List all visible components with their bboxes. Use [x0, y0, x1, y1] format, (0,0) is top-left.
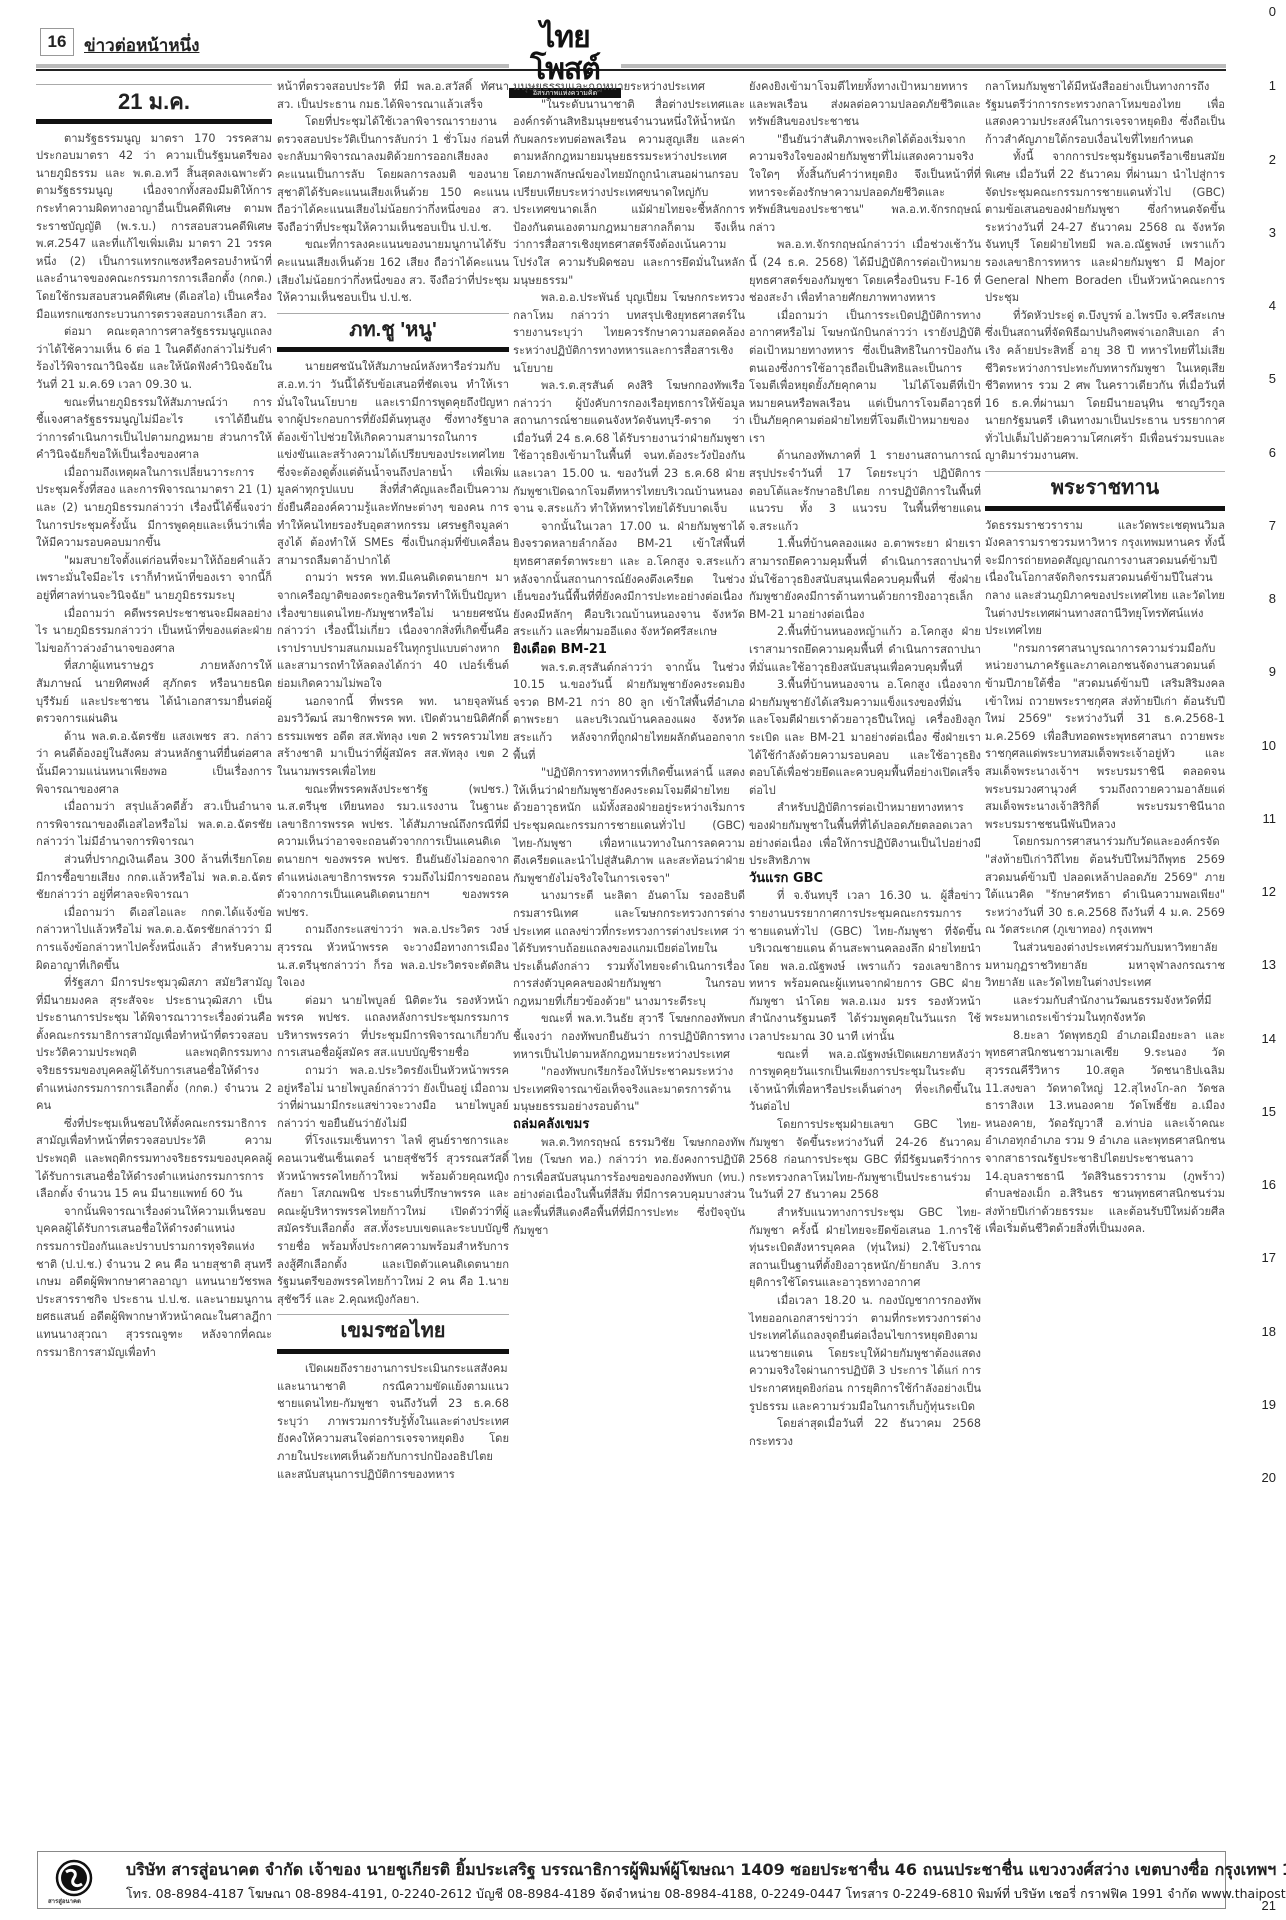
paragraph: เมื่อถามว่า สรุปแล้วคดีฮั้ว สว.เป็นอำนาจ… [36, 798, 272, 851]
paragraph: "ยืนยันว่าสันติภาพจะเกิดได้ต้องเริ่มจากค… [749, 131, 981, 237]
paragraph: ขณะที่ พล.อ.ณัฐพงษ์เปิดเผยภายหลังว่า การ… [749, 1046, 981, 1116]
paragraph: หน้าที่ตรวจสอบประวัติ ที่มี พล.อ.สวัสดิ์… [277, 78, 509, 113]
column-2: หน้าที่ตรวจสอบประวัติ ที่มี พล.อ.สวัสดิ์… [277, 78, 509, 1483]
article-title-khmer: เขมรซอไทย [277, 1314, 509, 1354]
ruler-mark: 8 [1269, 591, 1276, 606]
ruler-mark: 12 [1262, 884, 1276, 899]
ruler-mark: 6 [1269, 445, 1276, 460]
paragraph: ซึ่งที่ประชุมเห็นชอบให้ตั้งคณะกรรมาธิการ… [36, 1115, 272, 1203]
paragraph: เมื่อถามว่า ดีเอสไอและ กกต.ได้แจ้งข้อกล่… [36, 904, 272, 974]
paragraph: เมื่อถามว่า เป็นการระเบิดปฏิบัติการทางอา… [749, 307, 981, 448]
paragraph: ขณะที่นายภูมิธรรมให้สัมภาษณ์ว่า การชี้แจ… [36, 394, 272, 464]
ruler-mark: 3 [1269, 225, 1276, 240]
article-title-royal: พระราชทาน [985, 471, 1225, 511]
paragraph: กลาโหมกัมพูชาได้มีหนังสืออย่างเป็นทางการ… [985, 78, 1225, 148]
paragraph: ถามว่า พล.อ.ประวิตรยังเป็นหัวหน้าพรรคอยู… [277, 1062, 509, 1132]
imprint-line-1: บริษัท สารสู่อนาคต จำกัด เจ้าของ นายชูเก… [126, 1858, 1286, 1883]
masthead-text: ไทยโพสต์ [509, 22, 621, 86]
subheading-fang: ถล่มคลังเขมร [513, 1116, 745, 1134]
ruler-mark: 16 [1262, 1177, 1276, 1192]
ruler-mark: 14 [1262, 1031, 1276, 1046]
ruler-mark: 0 [1269, 4, 1276, 19]
paragraph: นางมาระตี นะลิตา อันดาโม รองอธิบดีกรมสาร… [513, 887, 745, 1010]
header-rule-black [36, 69, 1226, 71]
paragraph: พล.อ.ท.จักรกฤษณ์กล่าวว่า เมื่อช่วงเช้าวั… [749, 236, 981, 306]
paragraph: วัดธรรมราชวราราม และวัดพระเชตุพนวิมลมังค… [985, 517, 1225, 640]
paragraph: นอกจากนี้ ที่พรรค พท. นายจุลพันธ์ อมรวิว… [277, 693, 509, 781]
paragraph: นายยศชนันให้สัมภาษณ์หลังหารือร่วมกับ ส.อ… [277, 358, 509, 569]
ruler-mark: 11 [1263, 811, 1277, 826]
ruler-mark: 4 [1269, 298, 1276, 313]
ruler-mark: 20 [1262, 1470, 1276, 1485]
ruler-mark: 5 [1269, 371, 1276, 386]
paragraph: ที่ จ.จันทบุรี เวลา 16.30 น. ผู้สื่อข่าว… [749, 887, 981, 1045]
paragraph: 8.ยะลา วัดพุทธภูมิ อำเภอเมืองยะลา และพุท… [985, 1027, 1225, 1238]
paragraph: โดยล่าสุดเมื่อวันที่ 22 ธันวาคม 2568 กระ… [749, 1415, 981, 1450]
paragraph: ที่วัดหัวประดู่ ต.บึงบูรพ์ อ.ไพรบึง จ.ศร… [985, 307, 1225, 465]
paragraph: พล.ร.ต.สุรสันต์กล่าวว่า จากนั้น ในช่วง 1… [513, 659, 745, 765]
page-number: 16 [40, 28, 74, 56]
paragraph: "กองทัพบกเรียกร้องให้ประชาคมระหว่างประเท… [513, 1063, 745, 1116]
paragraph: โดยที่ประชุมได้ใช้เวลาพิจารณารายงานตรวจส… [277, 113, 509, 236]
paragraph: ขณะที่ พล.ท.วินธัย สุวารี โฆษกกองทัพบก ช… [513, 1010, 745, 1063]
paragraph: จากนั้นในเวลา 17.00 น. ฝ่ายกัมพูชาได้ยิง… [513, 518, 745, 641]
article-title-bhumjai: ภท.ชู 'หนู' [277, 313, 509, 353]
ruler-mark: 13 [1262, 957, 1276, 972]
paragraph: เมื่อเวลา 18.20 น. กองบัญชาการกองทัพไทยอ… [749, 1292, 981, 1415]
paragraph: ที่รัฐสภา มีการประชุมวุฒิสภา สมัยวิสามัญ… [36, 974, 272, 1115]
paragraph: เปิดเผยถึงรายงานการประเมินกระแสสังคมและน… [277, 1360, 509, 1483]
paragraph: ถามว่า พรรค พท.มีแคนดิเดตนายกฯ มาจากเครื… [277, 569, 509, 692]
paragraph: สำหรับแนวทางการประชุม GBC ไทย-กัมพูชา คร… [749, 1204, 981, 1292]
paragraph: "ในระดับนานาชาติ สื่อต่างประเทศและองค์กร… [513, 96, 745, 290]
paragraph: ถามถึงกระแสข่าวว่า พล.อ.ประวิตร วงษ์สุวร… [277, 921, 509, 991]
ruler-mark: 19 [1262, 1397, 1276, 1412]
page-ruler: 0 1 2 3 4 5 6 7 8 9 10 11 12 13 14 15 16… [1256, 0, 1276, 1920]
publisher-imprint: สารสู่อนาคต บริษัท สารสู่อนาคต จำกัด เจ้… [37, 1851, 1226, 1909]
column-3: มนุษยธรรมและกฎหมายระหว่างประเทศ "ในระดับ… [513, 78, 745, 1239]
article-title-jan21: 21 ม.ค. [36, 84, 272, 124]
paragraph: ตามรัฐธรรมนูญ มาตรา 170 วรรคสาม ประกอบมา… [36, 130, 272, 324]
paragraph: 1.พื้นที่บ้านคลองแผง อ.ตาพระยา ฝ่ายเราสา… [749, 535, 981, 623]
ruler-mark: 1 [1269, 78, 1276, 93]
subheading-gbc: วันแรก GBC [749, 870, 981, 888]
paragraph: ที่สภาผู้แทนราษฎร ภายหลังการให้สัมภาษณ์ … [36, 657, 272, 727]
column-5: กลาโหมกัมพูชาได้มีหนังสืออย่างเป็นทางการ… [985, 78, 1225, 1238]
paragraph: "กรมการศาสนาบูรณาการความร่วมมือกับหน่วยง… [985, 640, 1225, 834]
paragraph: มนุษยธรรมและกฎหมายระหว่างประเทศ [513, 78, 745, 96]
paragraph: "ผมสบายใจตั้งแต่ก่อนที่จะมาให้ถ้อยคำแล้ว… [36, 552, 272, 605]
page-header: 16 ข่าวต่อหน้าหนึ่ง ไทยโพสต์ อิสรภาพแห่ง… [36, 18, 1226, 66]
paragraph: ด้านกองทัพภาคที่ 1 รายงานสถานการณ์สรุปปร… [749, 447, 981, 535]
paragraph: พล.อ.อ.ประพันธ์ บุญเปี่ยม โฆษกกระทรวงกลา… [513, 289, 745, 377]
section-title: ข่าวต่อหน้าหนึ่ง [84, 32, 199, 59]
paragraph: และร่วมกับสำนักงานวัฒนธรรมจังหวัดที่มีพร… [985, 992, 1225, 1027]
paragraph: "ปฏิบัติการทางทหารที่เกิดขึ้นเหล่านี้ แส… [513, 764, 745, 887]
column-4: ยังคงยิงเข้ามาโจมตีไทยทั้งทางเป้าหมายทหา… [749, 78, 981, 1450]
paragraph: พล.ต.วิทกรฤษณ์ ธรรมวิชัย โฆษกกองทัพไทย (… [513, 1134, 745, 1240]
ruler-mark: 7 [1269, 518, 1276, 533]
paragraph: ทั้งนี้ จากการประชุมรัฐมนตรีอาเซียนสมัยพ… [985, 148, 1225, 306]
ruler-mark: 15 [1262, 1104, 1276, 1119]
subheading-bm21: ยิงเดือด BM-21 [513, 641, 745, 659]
ruler-mark: 9 [1269, 664, 1276, 679]
paragraph: 3.พื้นที่บ้านหนองจาน อ.โคกสูง เนื่องจากฝ… [749, 676, 981, 799]
paragraph: พล.ร.ต.สุรสันต์ คงสิริ โฆษกกองทัพเรือ กล… [513, 377, 745, 518]
paragraph: ด้าน พล.ต.อ.ฉัตรชัย แสงเพชร สว. กล่าวว่า… [36, 728, 272, 798]
paragraph: ส่วนที่ปรากฏเงินเดือน 300 ล้านที่เรียกโด… [36, 851, 272, 904]
paragraph: สำหรับปฏิบัติการต่อเป้าหมายทางทหารของฝ่า… [749, 799, 981, 869]
ruler-mark: 10 [1262, 738, 1276, 753]
ruler-mark: 18 [1262, 1324, 1276, 1339]
paragraph: ต่อมา นายไพบูลย์ นิติตะวัน รองหัวหน้าพรร… [277, 992, 509, 1062]
header-rule-gray [36, 64, 1226, 68]
paragraph: ยังคงยิงเข้ามาโจมตีไทยทั้งทางเป้าหมายทหา… [749, 78, 981, 131]
paragraph: โดยการประชุมฝ่ายเลขา GBC ไทย-กัมพูชา จัด… [749, 1116, 981, 1204]
paragraph: ในส่วนของต่างประเทศร่วมกับมหาวิทยาลัยมหา… [985, 939, 1225, 992]
paragraph: เมื่อถามว่า คดีพรรคประชาชนจะมีผลอย่างไร … [36, 605, 272, 658]
ruler-mark: 2 [1269, 152, 1276, 167]
paragraph: ต่อมา คณะตุลาการศาลรัฐธรรมนูญแถลงว่าได้ใ… [36, 323, 272, 393]
paragraph: ขณะที่พรรคพลังประชารัฐ (พปชร.) น.ส.ตรีนุ… [277, 781, 509, 922]
imprint-line-2: โทร. 08-8984-4187 โฆษณา 08-8984-4191, 0-… [126, 1884, 1286, 1904]
paragraph: เมื่อถามถึงเหตุผลในการเปลี่ยนวาระการประช… [36, 464, 272, 552]
ruler-mark: 17 [1262, 1250, 1276, 1265]
masthead-logo: ไทยโพสต์ อิสรภาพแห่งความคิด [509, 22, 621, 68]
paragraph: จากนั้นพิจารณาเรื่องด่วนให้ความเห็นชอบบุ… [36, 1203, 272, 1361]
paragraph: ที่โรงแรมเซ็นทารา ไลฟ์ ศูนย์ราชการและคอน… [277, 1132, 509, 1308]
publisher-logo-caption: สารสู่อนาคต [48, 1896, 81, 1906]
paragraph: ขณะที่การลงคะแนนของนายมนูกานได้รับคะแนนเ… [277, 236, 509, 306]
column-1: 21 ม.ค. ตามรัฐธรรมนูญ มาตรา 170 วรรคสาม … [36, 78, 272, 1361]
paragraph: โดยกรมการศาสนาร่วมกับวัดและองค์กรจัด "ส่… [985, 833, 1225, 939]
paragraph: 2.พื้นที่บ้านหนองหญ้าแก้ว อ.โคกสูง ฝ่ายเ… [749, 623, 981, 676]
